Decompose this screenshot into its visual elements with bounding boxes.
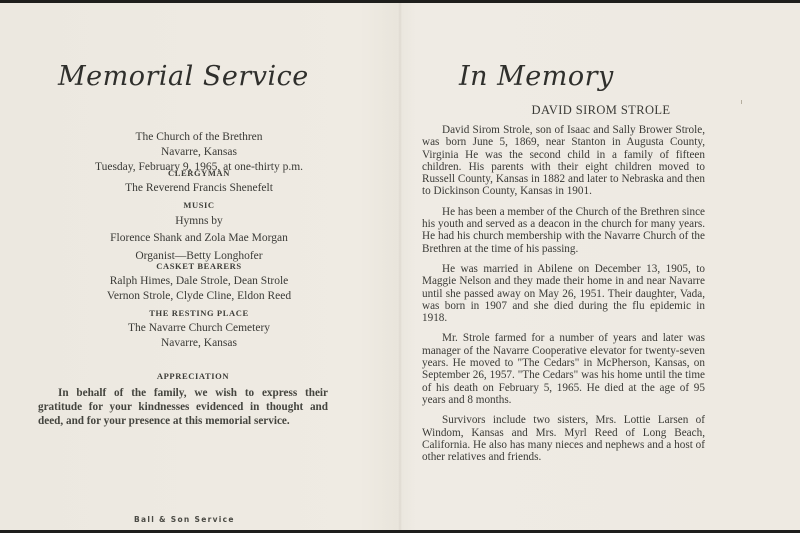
obituary-paragraph-marriage: He was married in Abilene on December 13… xyxy=(422,263,705,324)
funeral-home-credit: Ball & Son Service xyxy=(134,515,235,524)
obituary-paragraph-birth: David Sirom Strole, son of Isaac and Sal… xyxy=(422,124,705,198)
casket-bearers-line-1: Ralph Himes, Dale Strole, Dean Strole xyxy=(0,274,398,289)
resting-place-heading: THE RESTING PLACE xyxy=(0,306,398,321)
casket-bearers-heading: CASKET BEARERS xyxy=(0,259,398,274)
clergyman-name: The Reverend Francis Shenefelt xyxy=(0,181,398,196)
church-name: The Church of the Brethren xyxy=(0,130,398,145)
deceased-name: DAVID SIROM STROLE xyxy=(402,103,800,118)
music-block: MUSIC Hymns by Florence Shank and Zola M… xyxy=(0,198,398,264)
resting-place-line-2: Navarre, Kansas xyxy=(0,336,398,351)
resting-place-block: THE RESTING PLACE The Navarre Church Cem… xyxy=(0,306,398,351)
clergyman-heading: CLERGYMAN xyxy=(0,166,398,181)
appreciation-text: In behalf of the family, we wish to expr… xyxy=(38,386,328,428)
obituary-paragraph-church: He has been a member of the Church of th… xyxy=(422,206,705,255)
music-singers: Florence Shank and Zola Mae Morgan xyxy=(0,231,398,246)
appreciation-block: APPRECIATION In behalf of the family, we… xyxy=(38,369,328,428)
resting-place-line-1: The Navarre Church Cemetery xyxy=(0,321,398,336)
music-hymns-label: Hymns by xyxy=(0,214,398,229)
left-page: Memorial Service The Church of the Breth… xyxy=(0,3,398,530)
obituary-paragraph-survivors: Survivors include two sisters, Mrs. Lott… xyxy=(422,414,705,463)
casket-bearers-block: CASKET BEARERS Ralph Himes, Dale Strole,… xyxy=(0,259,398,304)
right-page: In Memory DAVID SIROM STROLE David Sirom… xyxy=(402,3,800,530)
casket-bearers-line-2: Vernon Strole, Clyde Cline, Eldon Reed xyxy=(0,289,398,304)
clergyman-block: CLERGYMAN The Reverend Francis Shenefelt xyxy=(0,154,398,196)
appreciation-heading: APPRECIATION xyxy=(38,369,328,383)
in-memory-title: In Memory xyxy=(459,61,614,92)
music-heading: MUSIC xyxy=(0,198,398,213)
obituary-text: David Sirom Strole, son of Isaac and Sal… xyxy=(422,124,705,471)
paper-speck xyxy=(741,100,742,104)
memorial-service-title: Memorial Service xyxy=(58,61,309,92)
obituary-paragraph-career: Mr. Strole farmed for a number of years … xyxy=(422,332,705,406)
